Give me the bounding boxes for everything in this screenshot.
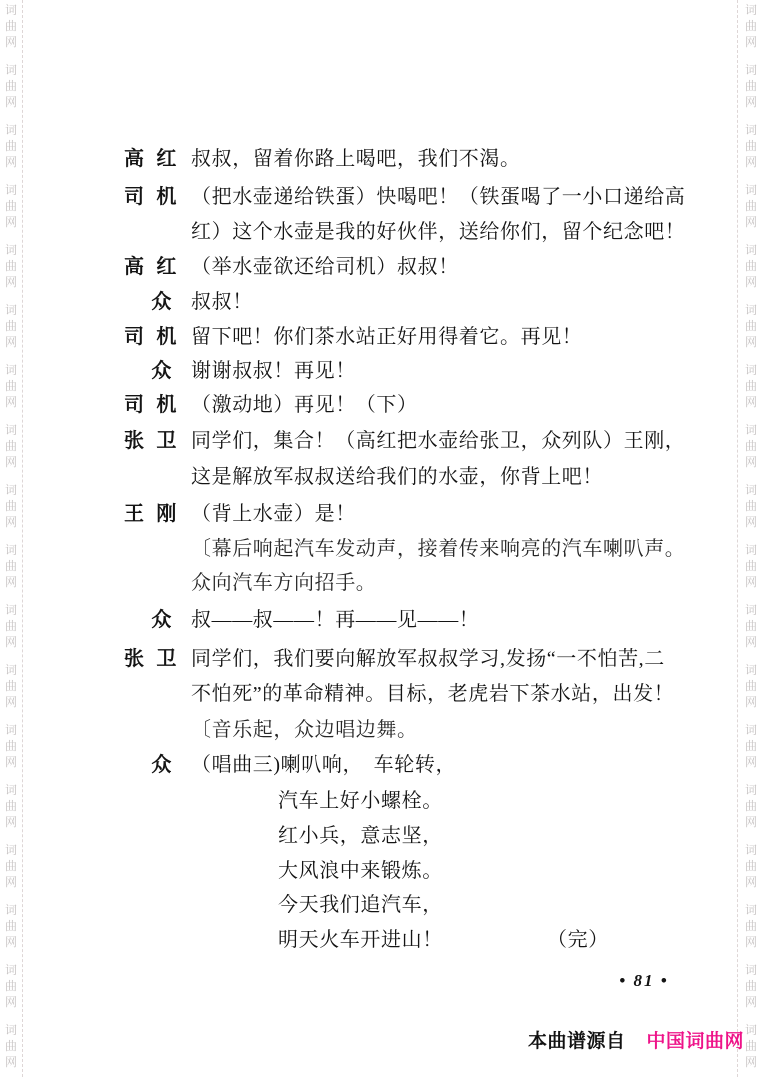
- script-line: 司机留下吧！你们茶水站正好用得着它。再见！: [0, 326, 760, 350]
- speaker-name-char: 众: [151, 291, 172, 313]
- script-line: 高红（举水壶欲还给司机）叔叔！: [0, 256, 760, 280]
- speaker-name: 众: [124, 360, 177, 382]
- speaker-name-char: 高: [124, 256, 145, 278]
- speaker-name-char: 司: [124, 326, 145, 348]
- script-line: 今天我们追汽车，: [0, 894, 760, 918]
- watermark-char: 网: [743, 94, 759, 110]
- script-line: 高红叔叔，留着你路上喝吧，我们不渴。: [0, 148, 760, 172]
- speaker-name: 众: [124, 609, 177, 631]
- line-text: （举水壶欲还给司机）叔叔！: [191, 256, 459, 278]
- watermark-char: 词: [743, 62, 759, 78]
- speaker-name-char: 司: [124, 186, 145, 208]
- watermark-char: 曲: [743, 78, 759, 94]
- script-line: 大风浪中来锻炼。: [0, 860, 760, 884]
- speaker-name: 众: [124, 754, 177, 776]
- line-text: 同学们，集合！（高红把水壶给张卫，众列队）王刚，: [191, 430, 685, 452]
- line-text: 留下吧！你们茶水站正好用得着它。再见！: [191, 326, 582, 348]
- watermark-text: 词曲网: [3, 962, 19, 1010]
- script-line: 不怕死”的革命精神。目标，老虎岩下茶水站，出发！: [0, 683, 760, 707]
- watermark-char: 词: [3, 122, 19, 138]
- watermark-char: 网: [743, 34, 759, 50]
- script-line: 司机（把水壶递给铁蛋）快喝吧！（铁蛋喝了一小口递给高: [0, 186, 760, 210]
- watermark-char: 网: [743, 1054, 759, 1070]
- speaker-name: 众: [124, 291, 177, 313]
- script-line: 司机（激动地）再见！（下）: [0, 394, 760, 418]
- line-text: 不怕死”的革命精神。目标，老虎岩下茶水站，出发！: [191, 683, 674, 705]
- speaker-name-char: 卫: [156, 648, 177, 670]
- script-line: 明天火车开进山！（完）: [0, 929, 760, 953]
- speaker-name-char: 众: [151, 360, 172, 382]
- watermark-text: 词曲网: [743, 1022, 759, 1070]
- watermark-text: 词曲网: [3, 62, 19, 110]
- speaker-name: 张卫: [124, 648, 177, 670]
- watermark-char: 网: [3, 94, 19, 110]
- watermark-char: 曲: [3, 78, 19, 94]
- watermark-char: 曲: [3, 1038, 19, 1054]
- script-line: 汽车上好小螺栓。: [0, 790, 760, 814]
- speaker-name: 司机: [124, 326, 177, 348]
- speaker-name-char: 红: [156, 256, 177, 278]
- watermark-char: 曲: [3, 978, 19, 994]
- watermark-char: 曲: [743, 1038, 759, 1054]
- speaker-name-char: 王: [124, 503, 145, 525]
- watermark-text: 词曲网: [743, 2, 759, 50]
- speaker-name: 司机: [124, 394, 177, 416]
- footer: 本曲谱源自中国词曲网: [528, 1026, 744, 1053]
- line-text: 〔幕后响起汽车发动声，接着传来响亮的汽车喇叭声。: [191, 538, 685, 560]
- watermark-char: 网: [3, 1054, 19, 1070]
- line-text: 这是解放军叔叔送给我们的水壶，你背上吧！: [191, 466, 603, 488]
- speaker-name-char: 机: [156, 186, 177, 208]
- line-text: （把水壶递给铁蛋）快喝吧！（铁蛋喝了一小口递给高: [191, 186, 685, 208]
- scanned-page: 词曲网词曲网词曲网词曲网词曲网词曲网词曲网词曲网词曲网词曲网词曲网词曲网词曲网词…: [0, 0, 760, 1077]
- line-text: （激动地）再见！（下）: [191, 394, 418, 416]
- script-line: 〔音乐起，众边唱边舞。: [0, 719, 760, 743]
- speaker-name: 司机: [124, 186, 177, 208]
- speaker-name-char: 卫: [156, 430, 177, 452]
- line-text: 红小兵，意志坚，: [278, 825, 443, 847]
- speaker-name-char: 刚: [156, 503, 177, 525]
- script-line: 张卫同学们，我们要向解放军叔叔学习,发扬“一不怕苦,二: [0, 648, 760, 672]
- script-line: 这是解放军叔叔送给我们的水壶，你背上吧！: [0, 466, 760, 490]
- speaker-name-char: 众: [151, 609, 172, 631]
- watermark-char: 词: [3, 1022, 19, 1038]
- speaker-name: 高红: [124, 256, 177, 278]
- speaker-name-char: 众: [151, 754, 172, 776]
- watermark-text: 词曲网: [3, 1022, 19, 1070]
- footer-site-name: 中国词曲网: [647, 1031, 745, 1052]
- line-text: 叔——叔——！再——见——！: [191, 609, 479, 631]
- line-text: （背上水壶）是！: [191, 503, 356, 525]
- line-text: 叔叔，留着你路上喝吧，我们不渴。: [191, 148, 521, 170]
- watermark-char: 词: [3, 962, 19, 978]
- footer-source-label: 本曲谱源自: [528, 1031, 626, 1052]
- speaker-name-char: 机: [156, 326, 177, 348]
- line-text: 明天火车开进山！: [278, 929, 443, 951]
- end-mark: （完）: [547, 929, 609, 951]
- speaker-name: 张卫: [124, 430, 177, 452]
- line-text: 叔叔！: [191, 291, 253, 313]
- watermark-char: 网: [3, 34, 19, 50]
- watermark-char: 词: [743, 962, 759, 978]
- watermark-text: 词曲网: [743, 962, 759, 1010]
- line-text: 今天我们追汽车，: [278, 894, 443, 916]
- speaker-name: 王刚: [124, 503, 177, 525]
- speaker-name-char: 张: [124, 648, 145, 670]
- speaker-name: 高红: [124, 148, 177, 170]
- watermark-char: 词: [743, 1022, 759, 1038]
- line-text: 汽车上好小螺栓。: [278, 790, 443, 812]
- speaker-name-char: 张: [124, 430, 145, 452]
- script-line: 众叔叔！: [0, 291, 760, 315]
- line-text: （唱曲三)喇叭响， 车轮转，: [191, 754, 456, 776]
- watermark-char: 曲: [743, 18, 759, 34]
- line-text: 大风浪中来锻炼。: [278, 860, 443, 882]
- script-line: 众（唱曲三)喇叭响， 车轮转，: [0, 754, 760, 778]
- line-text: 红）这个水壶是我的好伙伴，送给你们，留个纪念吧！: [191, 221, 685, 243]
- script-line: 张卫同学们，集合！（高红把水壶给张卫，众列队）王刚，: [0, 430, 760, 454]
- watermark-char: 曲: [3, 18, 19, 34]
- script-line: 众叔——叔——！再——见——！: [0, 609, 760, 633]
- watermark-text: 词曲网: [3, 2, 19, 50]
- line-text: 谢谢叔叔！再见！: [191, 360, 356, 382]
- watermark-char: 词: [743, 2, 759, 18]
- page-number: • 81 •: [604, 971, 684, 991]
- line-text: 众向汽车方向招手。: [191, 572, 376, 594]
- script-line: 众谢谢叔叔！再见！: [0, 360, 760, 384]
- speaker-name-char: 高: [124, 148, 145, 170]
- script-line: 众向汽车方向招手。: [0, 572, 760, 596]
- watermark-char: 网: [3, 994, 19, 1010]
- script-line: 红）这个水壶是我的好伙伴，送给你们，留个纪念吧！: [0, 221, 760, 245]
- line-text: 〔音乐起，众边唱边舞。: [191, 719, 418, 741]
- script-line: 〔幕后响起汽车发动声，接着传来响亮的汽车喇叭声。: [0, 538, 760, 562]
- speaker-name-char: 机: [156, 394, 177, 416]
- speaker-name-char: 红: [156, 148, 177, 170]
- script-line: 红小兵，意志坚，: [0, 825, 760, 849]
- watermark-text: 词曲网: [743, 62, 759, 110]
- watermark-char: 词: [3, 62, 19, 78]
- speaker-name-char: 司: [124, 394, 145, 416]
- watermark-char: 曲: [743, 978, 759, 994]
- watermark-char: 词: [3, 2, 19, 18]
- watermark-char: 网: [743, 994, 759, 1010]
- watermark-char: 词: [743, 122, 759, 138]
- script-line: 王刚（背上水壶）是！: [0, 503, 760, 527]
- line-text: 同学们，我们要向解放军叔叔学习,发扬“一不怕苦,二: [191, 648, 665, 670]
